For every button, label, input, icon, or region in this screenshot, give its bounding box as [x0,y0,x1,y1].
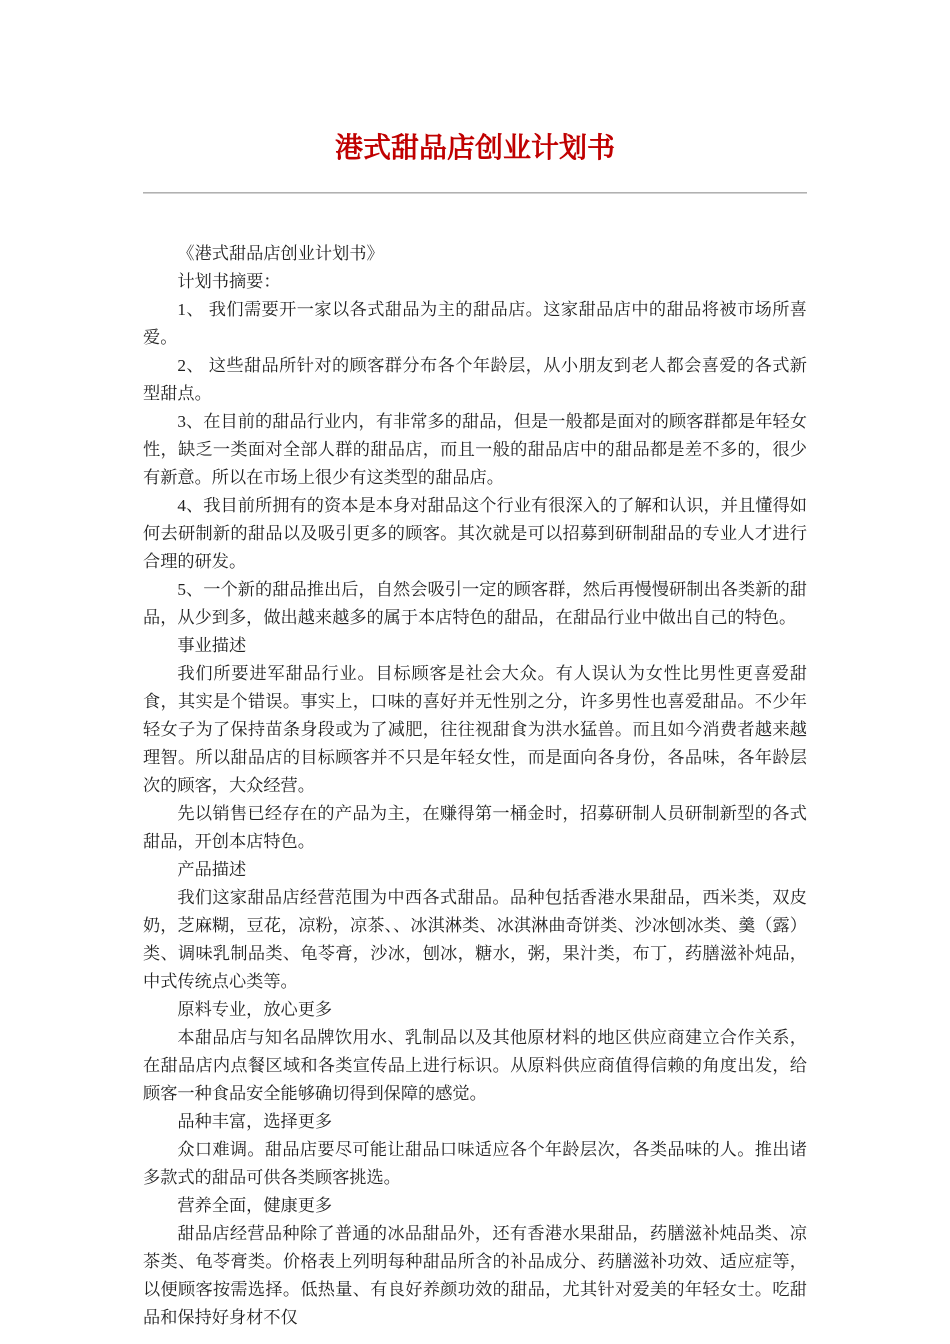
paragraph: 先以销售已经存在的产品为主，在赚得第一桶金时，招募研制人员研制新型的各式甜品，开… [143,800,807,856]
paragraph: 《港式甜品店创业计划书》 [143,240,807,268]
paragraph: 计划书摘要： [143,268,807,296]
paragraph: 甜品店经营品种除了普通的冰品甜品外，还有香港水果甜品，药膳滋补炖品类、凉茶类、龟… [143,1220,807,1332]
title-divider [143,192,807,194]
document-page: 港式甜品店创业计划书 《港式甜品店创业计划书》 计划书摘要： 1、 我们需要开一… [0,0,950,1344]
section-heading: 事业描述 [143,632,807,660]
paragraph: 我们这家甜品店经营范围为中西各式甜品。品种包括香港水果甜品，西米类，双皮奶，芝麻… [143,884,807,996]
paragraph: 我们所要进军甜品行业。目标顾客是社会大众。有人误认为女性比男性更喜爱甜食，其实是… [143,660,807,800]
paragraph: 3、在目前的甜品行业内，有非常多的甜品，但是一般都是面对的顾客群都是年轻女性，缺… [143,408,807,492]
paragraph: 4、我目前所拥有的资本是本身对甜品这个行业有很深入的了解和认识，并且懂得如何去研… [143,492,807,576]
paragraph: 5、一个新的甜品推出后，自然会吸引一定的顾客群，然后再慢慢研制出各类新的甜品，从… [143,576,807,632]
paragraph: 2、 这些甜品所针对的顾客群分布各个年龄层，从小朋友到老人都会喜爱的各式新型甜点… [143,352,807,408]
document-body: 《港式甜品店创业计划书》 计划书摘要： 1、 我们需要开一家以各式甜品为主的甜品… [143,240,807,1332]
section-heading: 营养全面，健康更多 [143,1192,807,1220]
paragraph: 众口难调。甜品店要尽可能让甜品口味适应各个年龄层次，各类品味的人。推出诸多款式的… [143,1136,807,1192]
document-title: 港式甜品店创业计划书 [0,0,950,168]
paragraph: 1、 我们需要开一家以各式甜品为主的甜品店。这家甜品店中的甜品将被市场所喜爱。 [143,296,807,352]
section-heading: 产品描述 [143,856,807,884]
section-heading: 品种丰富，选择更多 [143,1108,807,1136]
section-heading: 原料专业，放心更多 [143,996,807,1024]
paragraph: 本甜品店与知名品牌饮用水、乳制品以及其他原材料的地区供应商建立合作关系，在甜品店… [143,1024,807,1108]
